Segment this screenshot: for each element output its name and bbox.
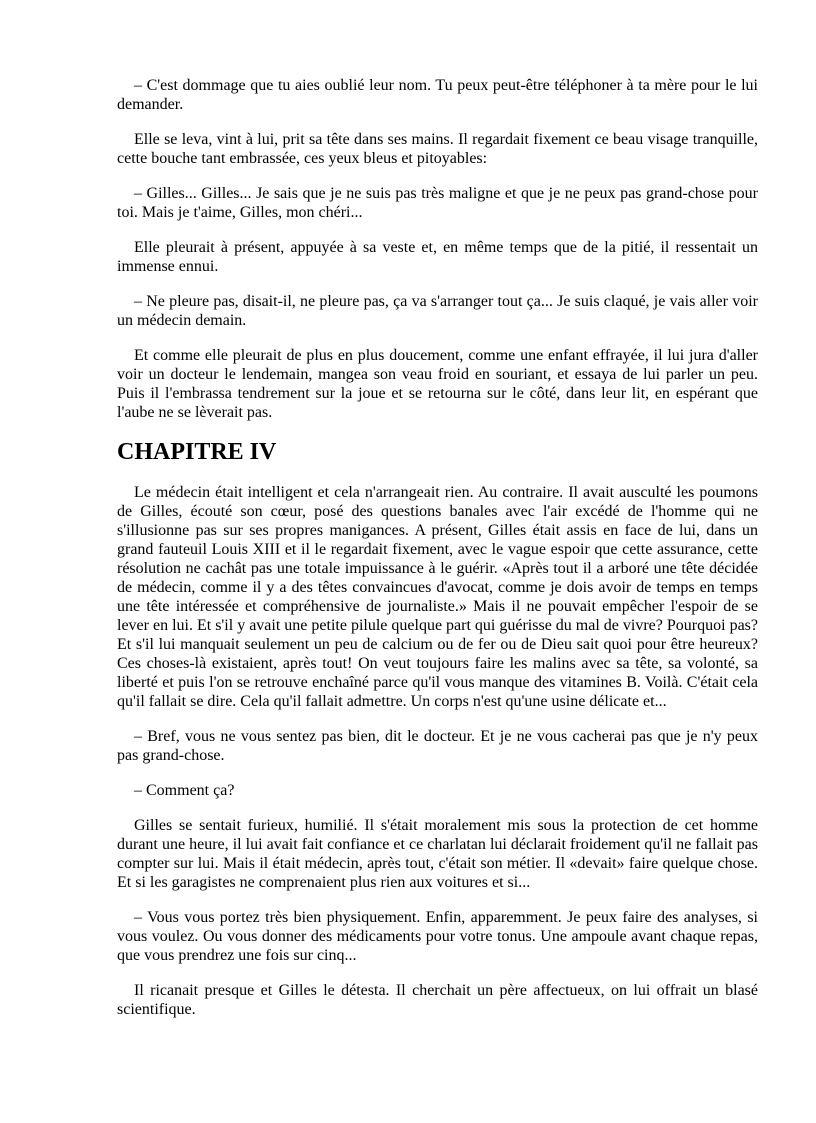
paragraph: Elle se leva, vint à lui, prit sa tête d…	[117, 130, 758, 168]
paragraph: – Bref, vous ne vous sentez pas bien, di…	[117, 727, 758, 765]
paragraph: – C'est dommage que tu aies oublié leur …	[117, 76, 758, 114]
paragraph: – Vous vous portez très bien physiquemen…	[117, 908, 758, 965]
paragraph: Et comme elle pleurait de plus en plus d…	[117, 346, 758, 422]
paragraph: – Comment ça?	[117, 781, 758, 800]
paragraph: Gilles se sentait furieux, humilié. Il s…	[117, 816, 758, 892]
paragraph: – Ne pleure pas, disait-il, ne pleure pa…	[117, 292, 758, 330]
paragraph: Il ricanait presque et Gilles le détesta…	[117, 981, 758, 1019]
paragraph: Elle pleurait à présent, appuyée à sa ve…	[117, 238, 758, 276]
document-page: – C'est dommage que tu aies oublié leur …	[117, 76, 758, 1035]
paragraph: Le médecin était intelligent et cela n'a…	[117, 483, 758, 711]
paragraph: – Gilles... Gilles... Je sais que je ne …	[117, 184, 758, 222]
chapter-heading: CHAPITRE IV	[117, 438, 758, 466]
